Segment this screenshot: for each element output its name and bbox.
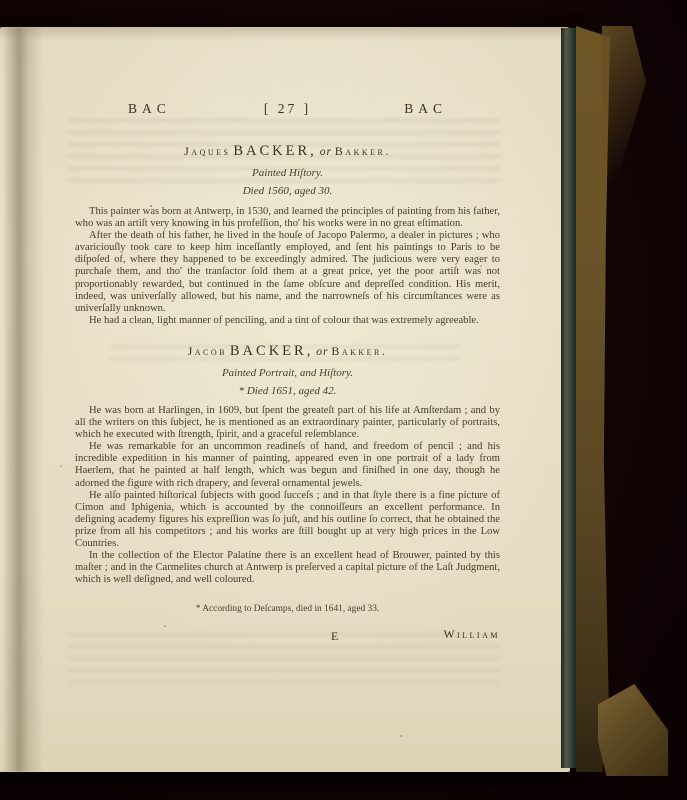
page-footer: E William xyxy=(75,629,500,645)
book-fore-edge xyxy=(561,28,578,768)
catchword: William xyxy=(444,629,500,641)
entry-forename: Jaques xyxy=(184,144,230,158)
entry-genre: Painted Hiſtory. xyxy=(75,167,500,179)
page-number: [ 27 ] xyxy=(264,101,311,117)
book-page: BAC [ 27 ] BAC Jaques BACKER, or Bakker.… xyxy=(0,27,570,772)
entry-death-line: * Died 1651, aged 42. xyxy=(75,385,500,397)
page-content: BAC [ 27 ] BAC Jaques BACKER, or Bakker.… xyxy=(0,27,570,772)
book-cover-corner-top xyxy=(602,26,646,186)
entry-surname: BACKER, xyxy=(233,143,316,159)
entry-connector: or xyxy=(320,146,332,158)
entry-connector: or xyxy=(316,346,328,358)
entry-jaques-backer: Jaques BACKER, or Bakker. Painted Hiſtor… xyxy=(75,143,500,327)
entry-forename: Jacob xyxy=(188,344,227,358)
paragraph: In the collection of the Elector Palatin… xyxy=(75,550,500,586)
entry-death-line: Died 1560, aged 30. xyxy=(75,185,500,197)
entry-alt-surname: Bakker. xyxy=(331,344,387,358)
running-title-right: BAC xyxy=(404,101,447,117)
entry-genre: Painted Portrait, and Hiſtory. xyxy=(75,367,500,379)
entry-jacob-backer: Jacob BACKER, or Bakker. Painted Portrai… xyxy=(75,343,500,586)
entry-heading: Jacob BACKER, or Bakker. xyxy=(75,343,500,360)
running-header: BAC [ 27 ] BAC xyxy=(75,101,500,117)
paragraph: He was remarkable for an uncommon readin… xyxy=(75,441,500,489)
signature-mark: E xyxy=(331,629,338,644)
footnote: * According to Deſcamps, died in 1641, a… xyxy=(75,604,500,614)
entry-heading: Jaques BACKER, or Bakker. xyxy=(75,143,500,160)
paragraph: This painter was born at Antwerp, in 153… xyxy=(75,206,500,230)
entry-body: He was born at Harlingen, in 1609, but ſ… xyxy=(75,405,500,586)
entry-alt-surname: Bakker. xyxy=(335,144,391,158)
paragraph: He was born at Harlingen, in 1609, but ſ… xyxy=(75,405,500,441)
entry-body: This painter was born at Antwerp, in 153… xyxy=(75,206,500,327)
paragraph: After the death of his father, he lived … xyxy=(75,230,500,315)
running-title-left: BAC xyxy=(128,101,171,117)
paragraph: He had a clean, light manner of pencilin… xyxy=(75,315,500,327)
entry-surname: BACKER, xyxy=(230,343,313,359)
scan-background: BAC [ 27 ] BAC Jaques BACKER, or Bakker.… xyxy=(0,0,687,800)
paragraph: He alſo painted hiſtorical ſubjects with… xyxy=(75,490,500,550)
